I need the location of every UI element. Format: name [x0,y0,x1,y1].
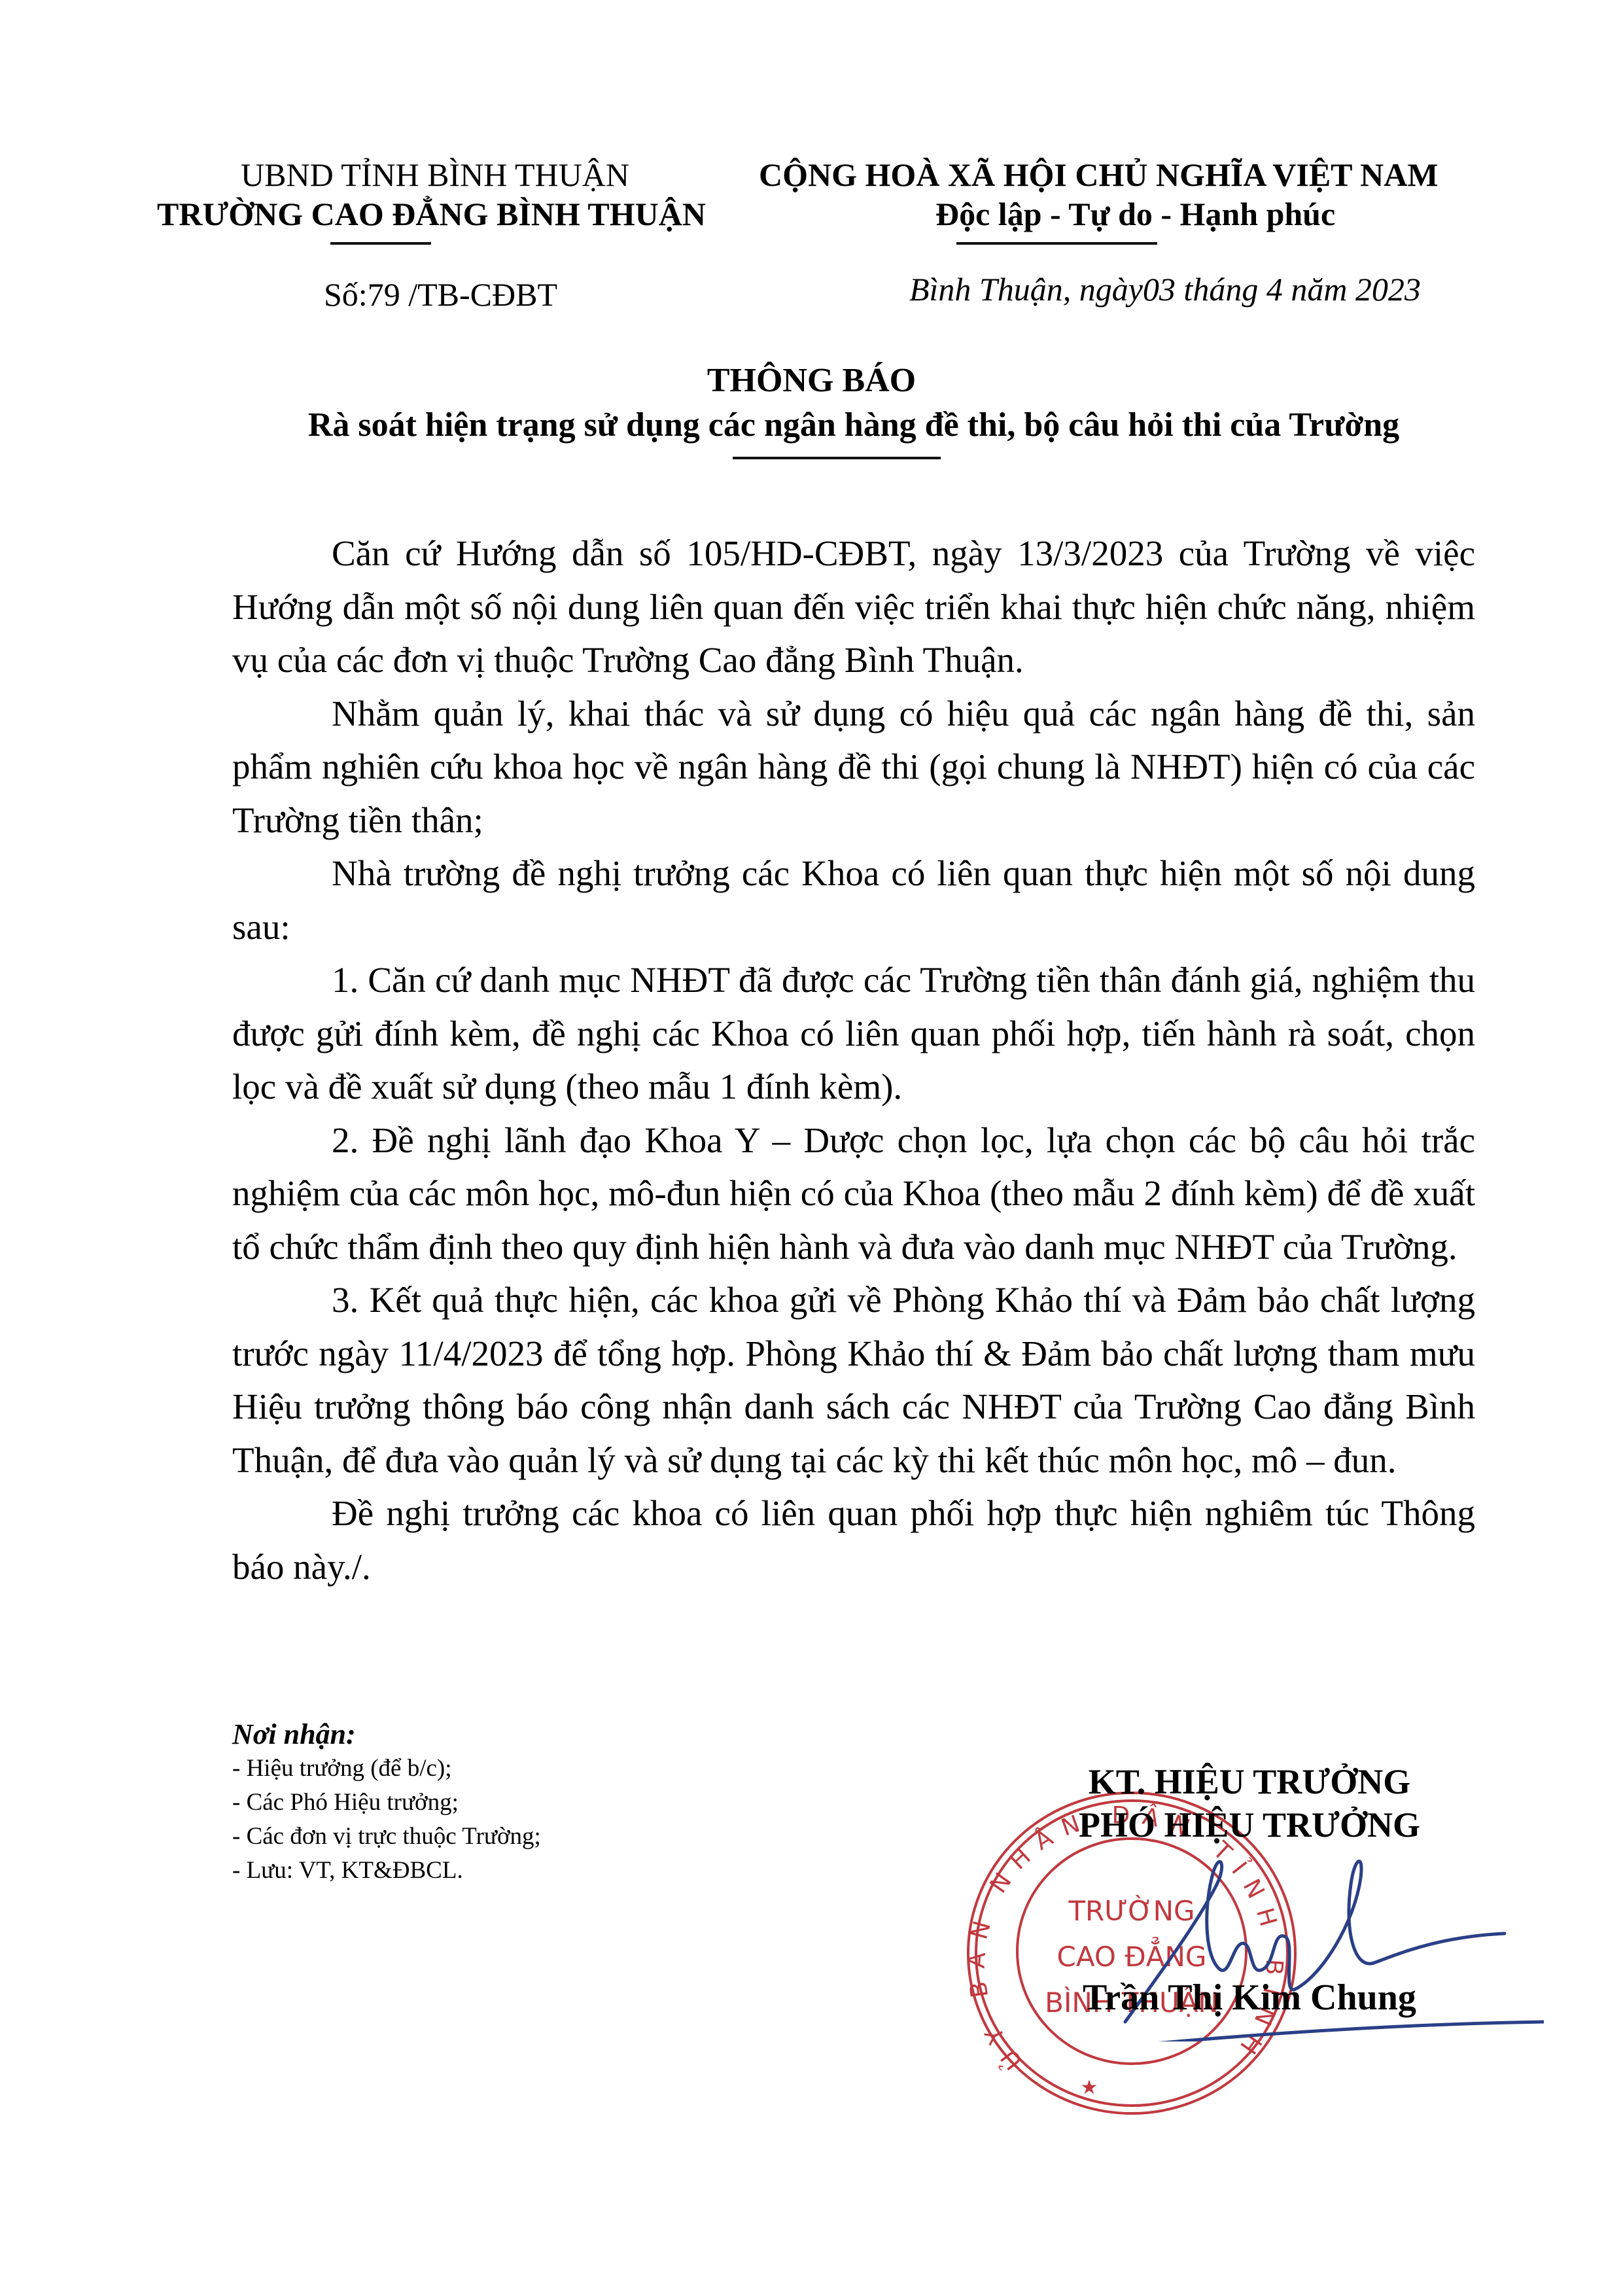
issuing-institution: TRƯỜNG CAO ĐẲNG BÌNH THUẬN [157,194,706,234]
paragraph-item-3: 3. Kết quả thực hiện, các khoa gửi về Ph… [232,1273,1475,1487]
paragraph-purpose: Nhằm quản lý, khai thác và sử dụng có hi… [232,687,1475,847]
issuing-authority: UBND TỈNH BÌNH THUẬN [241,155,629,194]
left-header-rule [330,242,431,245]
recipient-item: - Hiệu trưởng (để b/c); [232,1752,541,1786]
title-rule [733,457,941,459]
paragraph-request: Nhà trường đề nghị trưởng các Khoa có li… [232,847,1475,953]
recipients-title: Nơi nhận: [232,1718,541,1752]
recipients-block: Nơi nhận: - Hiệu trưởng (để b/c); - Các … [232,1718,541,1888]
paragraph-closing: Đề nghị trưởng các khoa có liên quan phố… [232,1487,1475,1593]
document-number: Số:79 /TB-CĐBT [324,275,557,314]
national-motto: Độc lập - Tự do - Hạnh phúc [935,194,1335,234]
paragraph-basis: Căn cứ Hướng dẫn số 105/HD-CĐBT, ngày 13… [232,527,1475,687]
document-subtitle: Rà soát hiện trạng sử dụng các ngân hàng… [232,404,1475,446]
document-body: Căn cứ Hướng dẫn số 105/HD-CĐBT, ngày 13… [232,527,1475,1593]
signature-title-1: KT. HIỆU TRƯỞNG [1027,1760,1472,1803]
recipient-item: - Các Phó Hiệu trưởng; [232,1786,541,1820]
document-title: THÔNG BÁO [0,360,1623,402]
place-and-date: Bình Thuận, ngày03 tháng 4 năm 2023 [909,270,1421,309]
signature-title-2: PHÓ HIỆU TRƯỞNG [1027,1803,1472,1846]
right-header-rule [956,242,1157,245]
recipient-item: - Lưu: VT, KT&ĐBCL. [232,1854,541,1888]
paragraph-item-2: 2. Đề nghị lãnh đạo Khoa Y – Dược chọn l… [232,1114,1475,1274]
recipient-item: - Các đơn vị trực thuộc Trường; [232,1820,541,1854]
paragraph-item-1: 1. Căn cứ danh mục NHĐT đã được các Trườ… [232,953,1475,1114]
svg-text:★: ★ [1081,2077,1098,2098]
signer-name: Trần Thị Kim Chung [1027,1976,1472,2019]
national-title: CỘNG HOÀ XÃ HỘI CHỦ NGHĨA VIỆT NAM [759,155,1439,194]
